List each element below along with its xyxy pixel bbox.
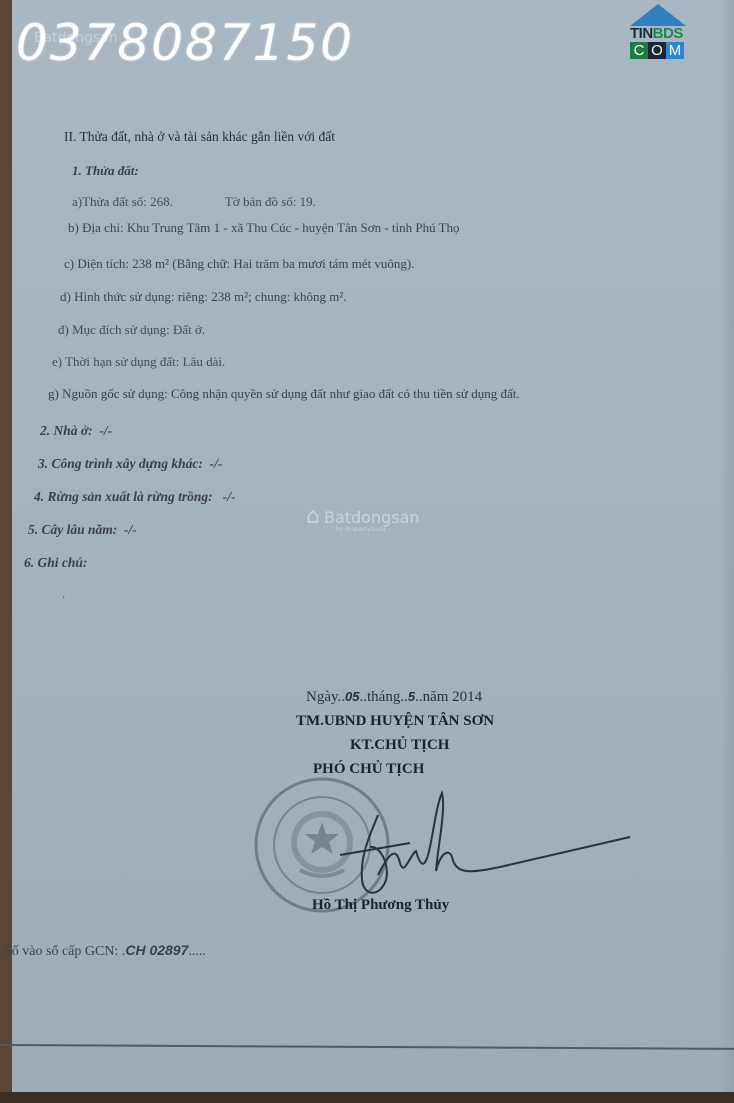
watermark-center: ⌂ Batdongsan by PropertyGuru (306, 506, 420, 528)
usage-purpose: đ) Mục đích sử dụng: Đất ở. (58, 322, 205, 338)
land-heading: 1. Thửa đất: (72, 163, 139, 179)
area: c) Diện tích: 238 m² (Bằng chữ: Hai trăm… (64, 256, 415, 272)
certificate-page: II. Thửa đất, nhà ở và tài sản khác gắn … (0, 0, 734, 1103)
map-sheet-number: Tờ bản đồ số: 19. (225, 194, 316, 209)
signer-name: Hồ Thị Phương Thủy (312, 897, 449, 914)
handwritten-signature (300, 785, 640, 905)
item-notes: 6. Ghi chú: (24, 555, 87, 571)
item-other-construction: 3. Công trình xây dựng khác: -/- (38, 456, 222, 472)
usage-form: d) Hình thức sử dụng: riêng: 238 m²; chu… (60, 289, 347, 305)
parcel-info: a)Thửa đất số: 268.Tờ bản đồ số: 19. (72, 194, 316, 210)
item-house: 2. Nhà ở: -/- (40, 423, 112, 439)
house-chevron-icon: ⌂ (306, 506, 320, 528)
issue-date: Ngày..05..tháng..5..năm 2014 (306, 689, 482, 706)
on-behalf-title: KT.CHỦ TỊCH (350, 737, 449, 754)
issuing-org: TM.UBND HUYỆN TÂN SƠN (296, 713, 494, 730)
certificate-registry-number: Số vào sổ cấp GCN: .CH 02897..... (4, 942, 206, 960)
item-perennial-trees: 5. Cây lâu năm: -/- (28, 522, 137, 538)
bottom-rule-line (0, 1044, 734, 1050)
address: b) Địa chỉ: Khu Trung Tâm 1 - xã Thu Cúc… (68, 220, 460, 236)
section-title: II. Thửa đất, nhà ở và tài sản khác gắn … (64, 129, 335, 145)
usage-term: e) Thời hạn sử dụng đất: Lâu dài. (52, 354, 225, 370)
stray-mark: . (62, 586, 65, 602)
item-planted-forest: 4. Rừng sản xuất là rừng trồng: -/- (34, 489, 235, 505)
parcel-number: a)Thửa đất số: 268. (72, 194, 173, 209)
usage-origin: g) Nguồn gốc sử dụng: Công nhận quyền sử… (48, 386, 520, 402)
